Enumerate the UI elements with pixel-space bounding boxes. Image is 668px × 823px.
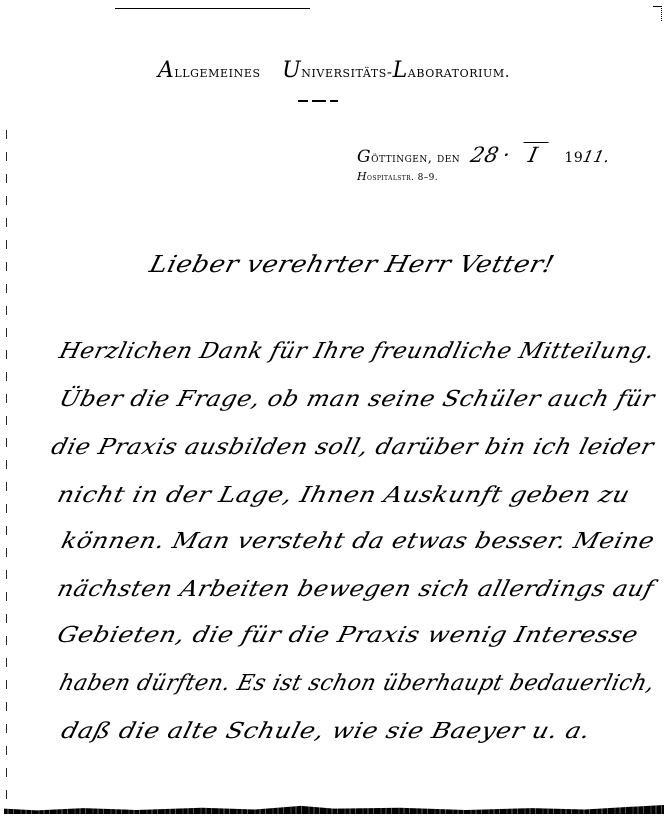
handwritten-day: 28 — [468, 143, 501, 167]
scan-top-rule-dashed — [230, 8, 310, 9]
handwritten-year-suffix: 11. — [581, 147, 612, 166]
body-line-3: die Praxis ausbilden soll, darüber bin i… — [49, 434, 657, 460]
body-line-2: Über die Frage, ob man seine Schüler auc… — [57, 386, 658, 412]
body-line-9: daß die alte Schule, wie sie Baeyer u. a… — [59, 718, 593, 744]
place-date-line: Göttingen, den 28 · I 1911. — [357, 142, 610, 167]
letterhead-initial-u: U — [282, 58, 301, 83]
body-line-8: haben dürften. Es ist schon überhaupt be… — [57, 670, 658, 696]
street-address: Hospitalstr. 8–9. — [357, 170, 438, 183]
address-initial: H — [357, 170, 367, 183]
place-initial: G — [357, 147, 371, 167]
body-line-5: können. Man versteht da etwas besser. Me… — [59, 528, 658, 554]
scan-left-edge — [6, 130, 7, 800]
handwritten-month: I — [518, 142, 548, 167]
salutation: Lieber verehrter Herr Vetter! — [147, 252, 558, 279]
body-line-1: Herzlichen Dank für Ihre freundliche Mit… — [57, 338, 658, 364]
place-text: öttingen, den — [371, 151, 460, 166]
letter-page: Allgemeines Universitäts-Laboratorium. G… — [0, 0, 668, 823]
letterhead: Allgemeines Universitäts-Laboratorium. — [0, 58, 668, 83]
letterhead-word-universitaets: niversitäts- — [301, 63, 392, 81]
scan-bottom-edge — [4, 805, 664, 814]
body-line-4: nicht in der Lage, Ihnen Auskunft geben … — [55, 482, 633, 508]
letterhead-initial-a: A — [158, 58, 175, 83]
scan-corner-mark — [653, 6, 662, 21]
body-line-7: Gebieten, die für die Praxis wenig Inter… — [55, 622, 641, 648]
body-line-6: nächsten Arbeiten bewegen sich allerding… — [55, 576, 657, 602]
letterhead-ornament-rule — [298, 100, 338, 102]
address-text: ospitalstr. 8–9. — [367, 173, 438, 183]
date-separator: · — [501, 143, 513, 167]
letterhead-word-laboratorium: aboratorium. — [408, 63, 510, 81]
letterhead-word-allgemeines: llgemeines — [174, 63, 260, 81]
letterhead-initial-l: L — [393, 58, 408, 83]
